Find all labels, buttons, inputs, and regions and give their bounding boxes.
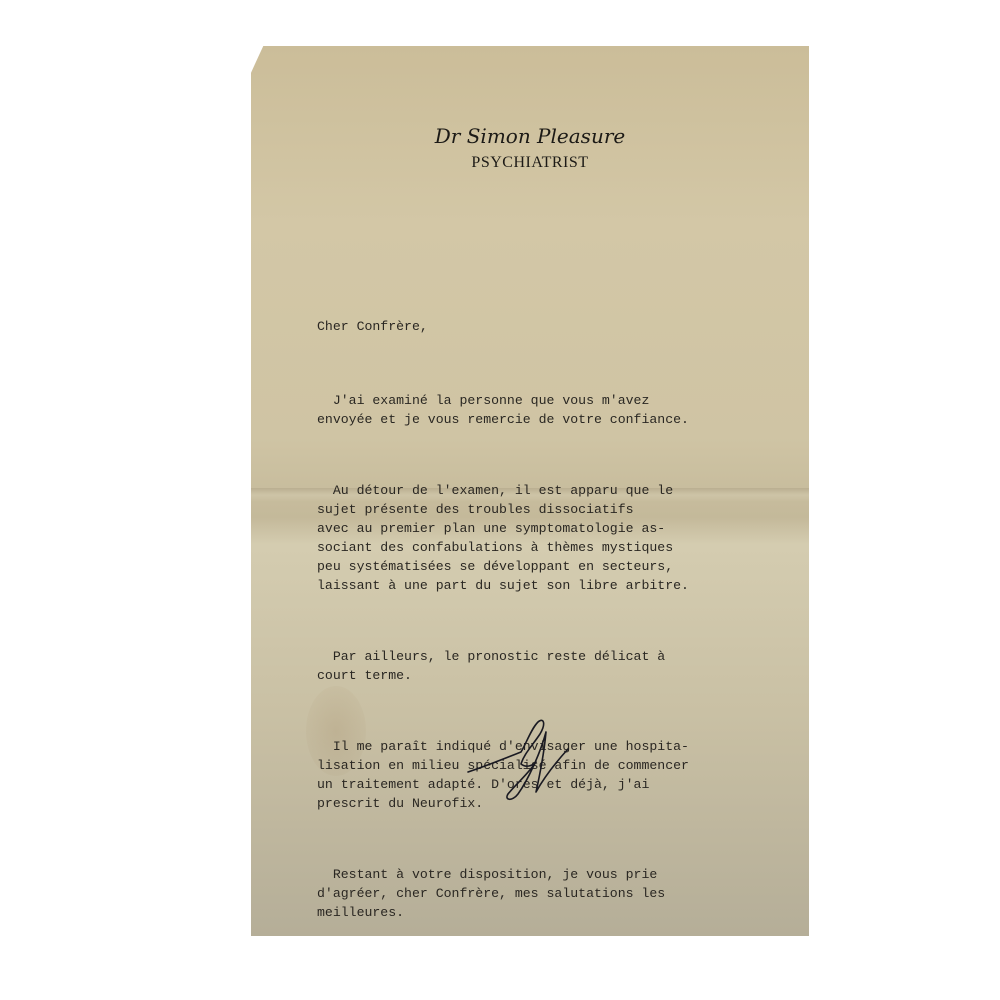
letterhead-title: PSYCHIATRIST (251, 154, 809, 172)
paragraph-closing: Restant à votre disposition, je vous pri… (317, 865, 797, 922)
letterhead-name: Dr Simon Pleasure (251, 124, 809, 148)
paragraph-thanks: J'ai examiné la personne que vous m'avez… (317, 391, 797, 429)
signature-icon (466, 714, 576, 804)
letter-paper: Dr Simon Pleasure PSYCHIATRIST Cher Conf… (251, 46, 809, 936)
letter-body: Cher Confrère, J'ai examiné la personne … (317, 279, 797, 974)
paragraph-diagnosis: Au détour de l'examen, il est apparu que… (317, 481, 797, 595)
salutation: Cher Confrère, (317, 317, 797, 336)
paragraph-prognosis: Par ailleurs, le pronostic reste délicat… (317, 647, 797, 685)
